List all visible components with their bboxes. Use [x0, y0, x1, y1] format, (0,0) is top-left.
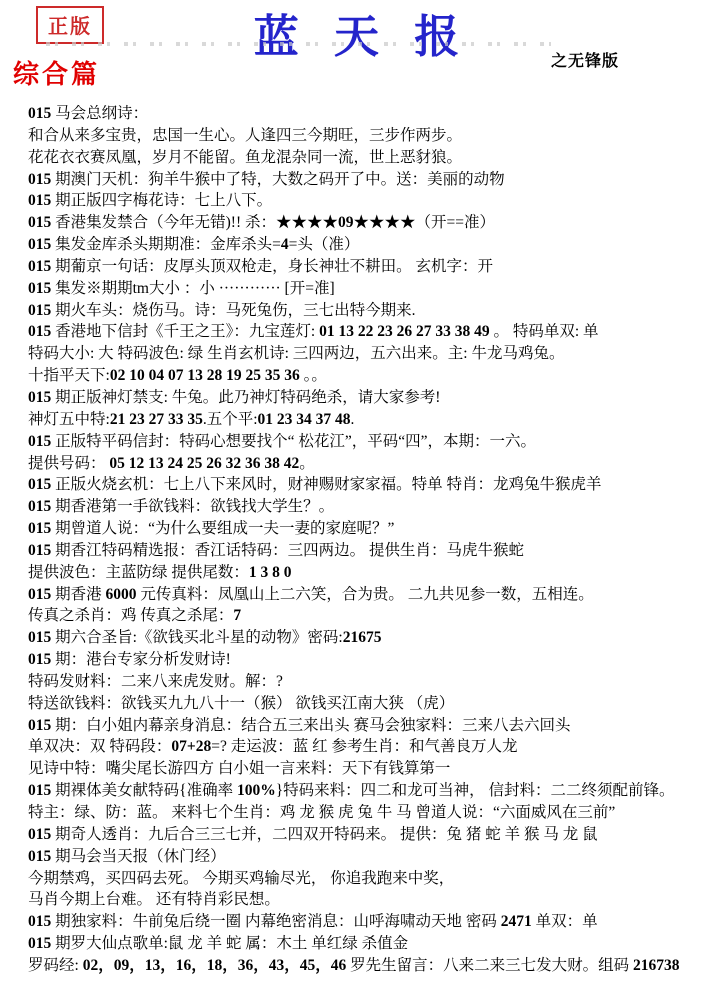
report-line-40: 罗码经: 02，09，13，16，18，36，43，45，46 罗先生留言：八来…: [28, 955, 712, 977]
section-heading: 综合篇: [13, 54, 100, 91]
report-line-9: 015 集发※期期tm大小 ：小 ············ [开=准]: [28, 278, 712, 300]
report-line-19: 015 期香港第一手欲钱料：欲钱找大学生？。: [28, 496, 712, 518]
faint-watermark-line: [46, 42, 551, 46]
report-line-29: 015 期：白小姐内幕亲身消息：结合五三来出头 赛马会独家料：三来八去六回头: [28, 715, 712, 737]
report-line-37: 马肖今期上台难。 还有特肖彩民想。: [28, 889, 712, 911]
report-line-2: 和合从来多宝贵，忠国一生心。人逢四三今期旺，三步作两步。: [28, 125, 712, 147]
report-line-25: 015 期六合圣旨:《欲钱买北斗星的动物》密码:21675: [28, 627, 712, 649]
report-line-33: 特主：绿、防：蓝。 来料七个生肖：鸡 龙 猴 虎 兔 牛 马 曾道人说：“六面威…: [28, 802, 712, 824]
report-line-32: 015 期裸体美女献特码{准确率 100%}特码来料：四二和龙可当神， 信封料：…: [28, 780, 712, 802]
report-line-28: 特送欲钱料：欲钱买九九八十一（猴） 欲钱买江南大狭 （虎）: [28, 693, 712, 715]
report-line-4: 015 期澳门天机：狗羊牛猴中了特，大数之码开了中。送：美丽的动物: [28, 169, 712, 191]
report-body: 015 马会总纲诗：和合从来多宝贵，忠国一生心。人逢四三今期旺，三步作两步。花花…: [28, 103, 712, 977]
report-line-38: 015 期独家料：牛前兔后绕一圈 内幕绝密消息：山呼海啸动天地 密码 2471 …: [28, 911, 712, 933]
lantian-report-page: 正版 蓝 天 报 之无锋版 综合篇 015 马会总纲诗：和合从来多宝贵，忠国一生…: [0, 0, 713, 987]
report-line-23: 015 期香港 6000 元传真料：凤凰山上二六笑，合为贵。 二九共见参一数，五…: [28, 584, 712, 606]
report-line-18: 015 正版火烧玄机：七上八下来风时，财神赐财家家福。特单 特肖：龙鸡兔牛猴虎羊: [28, 474, 712, 496]
report-line-10: 015 期火车头：烧伤马。诗：马死兔伤，三七出特今期来.: [28, 300, 712, 322]
report-line-20: 015 期曾道人说：“为什么要组成一夫一妻的家庭呢？”: [28, 518, 712, 540]
report-line-6: 015 香港集发禁合（今年无错)!! 杀：★★★★09★★★★（开==准）: [28, 212, 712, 234]
report-line-17: 提供号码： 05 12 13 24 25 26 32 36 38 42。: [28, 453, 712, 475]
report-line-3: 花花衣衣赛凤凰，岁月不能留。鱼龙混杂同一流，世上恶豺狼。: [28, 147, 712, 169]
report-line-1: 015 马会总纲诗：: [28, 103, 712, 125]
report-line-15: 神灯五中特:21 23 27 33 35.五个平:01 23 34 37 48.: [28, 409, 712, 431]
report-line-24: 传真之杀肖：鸡 传真之杀尾：7: [28, 605, 712, 627]
report-line-26: 015 期：港台专家分析发财诗!: [28, 649, 712, 671]
report-line-39: 015 期罗大仙点歌单:鼠 龙 羊 蛇 属：木土 单红绿 杀值金: [28, 933, 712, 955]
edition-label: 之无锋版: [551, 48, 619, 71]
report-line-14: 015 期正版神灯禁支: 牛兔。此乃神灯特码绝杀，请大家参考!: [28, 387, 712, 409]
report-line-13: 十指平天下:02 10 04 07 13 28 19 25 35 36 。。: [28, 365, 712, 387]
report-line-22: 提供波色：主蓝防绿 提供尾数：1 3 8 0: [28, 562, 712, 584]
report-line-36: 今期禁鸡，买四码去死。 今期买鸡输尽光， 你追我跑来中奖，: [28, 868, 712, 890]
report-line-21: 015 期香江特码精选报：香江话特码：三四两边。 提供生肖：马虎牛猴蛇: [28, 540, 712, 562]
report-line-30: 单双决：双 特码段：07+28=? 走运波：蓝 红 参考生肖：和气善良万人龙: [28, 736, 712, 758]
report-line-31: 见诗中特：嘴尖尾长游四方 白小姐一言来料：天下有钱算第一: [28, 758, 712, 780]
report-line-12: 特码大小: 大 特码波色: 绿 生肖玄机诗: 三四两边，五六出来。主: 牛龙马鸡…: [28, 343, 712, 365]
report-line-7: 015 集发金库杀头期期准：金库杀头=4=头（准）: [28, 234, 712, 256]
report-line-11: 015 香港地下信封《千王之王》：九宝莲灯: 01 13 22 23 26 27…: [28, 321, 712, 343]
report-line-5: 015 期正版四字梅花诗：七上八下。: [28, 190, 712, 212]
report-line-27: 特码发财料：二来八来虎发财。解：?: [28, 671, 712, 693]
report-line-8: 015 期葡京一句话：皮厚头顶双枪走，身长神壮不耕田。 玄机字：开: [28, 256, 712, 278]
report-line-34: 015 期奇人透肖：九后合三三七并，二四双开特码来。 提供：兔 猪 蛇 羊 猴 …: [28, 824, 712, 846]
report-line-16: 015 正版特平码信封：特码心想要找个“ 松花江”，平码“四”，本期：一六。: [28, 431, 712, 453]
report-line-35: 015 期马会当天报（休门经）: [28, 846, 712, 868]
